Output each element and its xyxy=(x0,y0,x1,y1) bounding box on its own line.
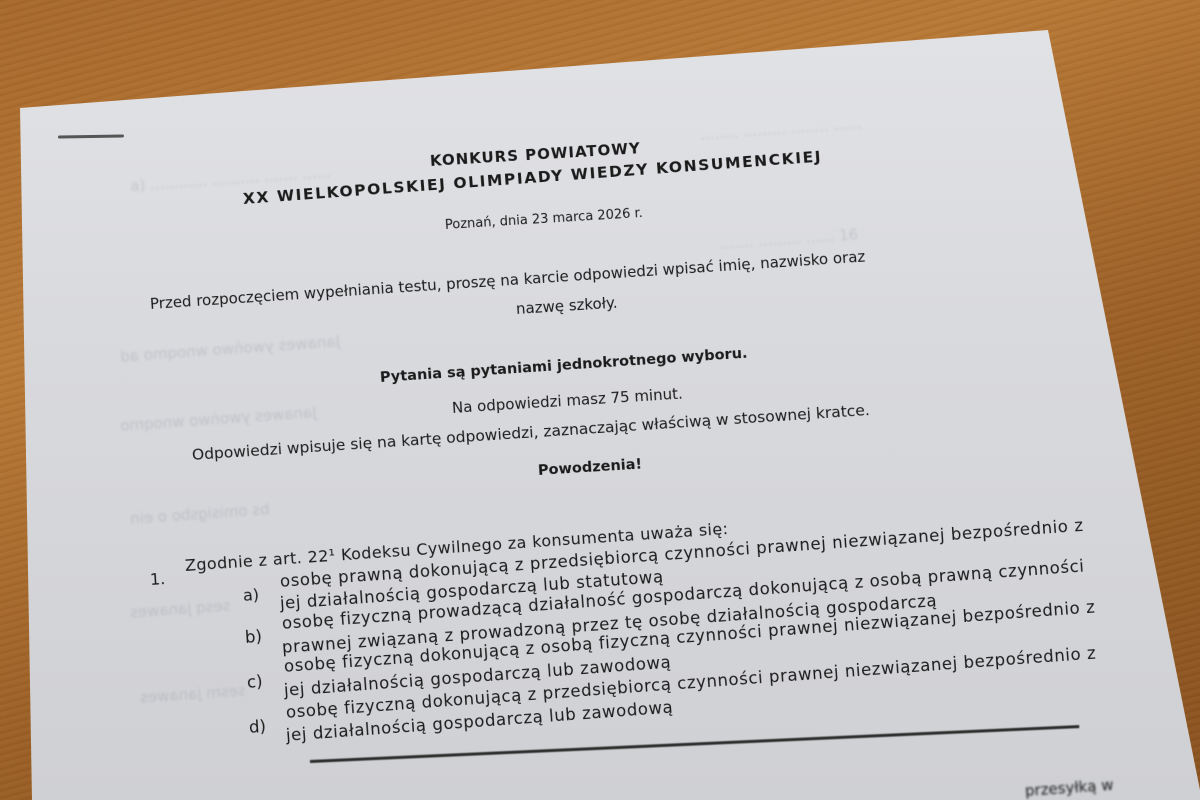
option-d-letter: d) xyxy=(248,717,266,737)
option-a-letter: a) xyxy=(242,585,259,605)
question-number: 1. xyxy=(149,569,165,589)
option-b-letter: b) xyxy=(244,627,262,647)
option-c-letter: c) xyxy=(246,672,263,692)
